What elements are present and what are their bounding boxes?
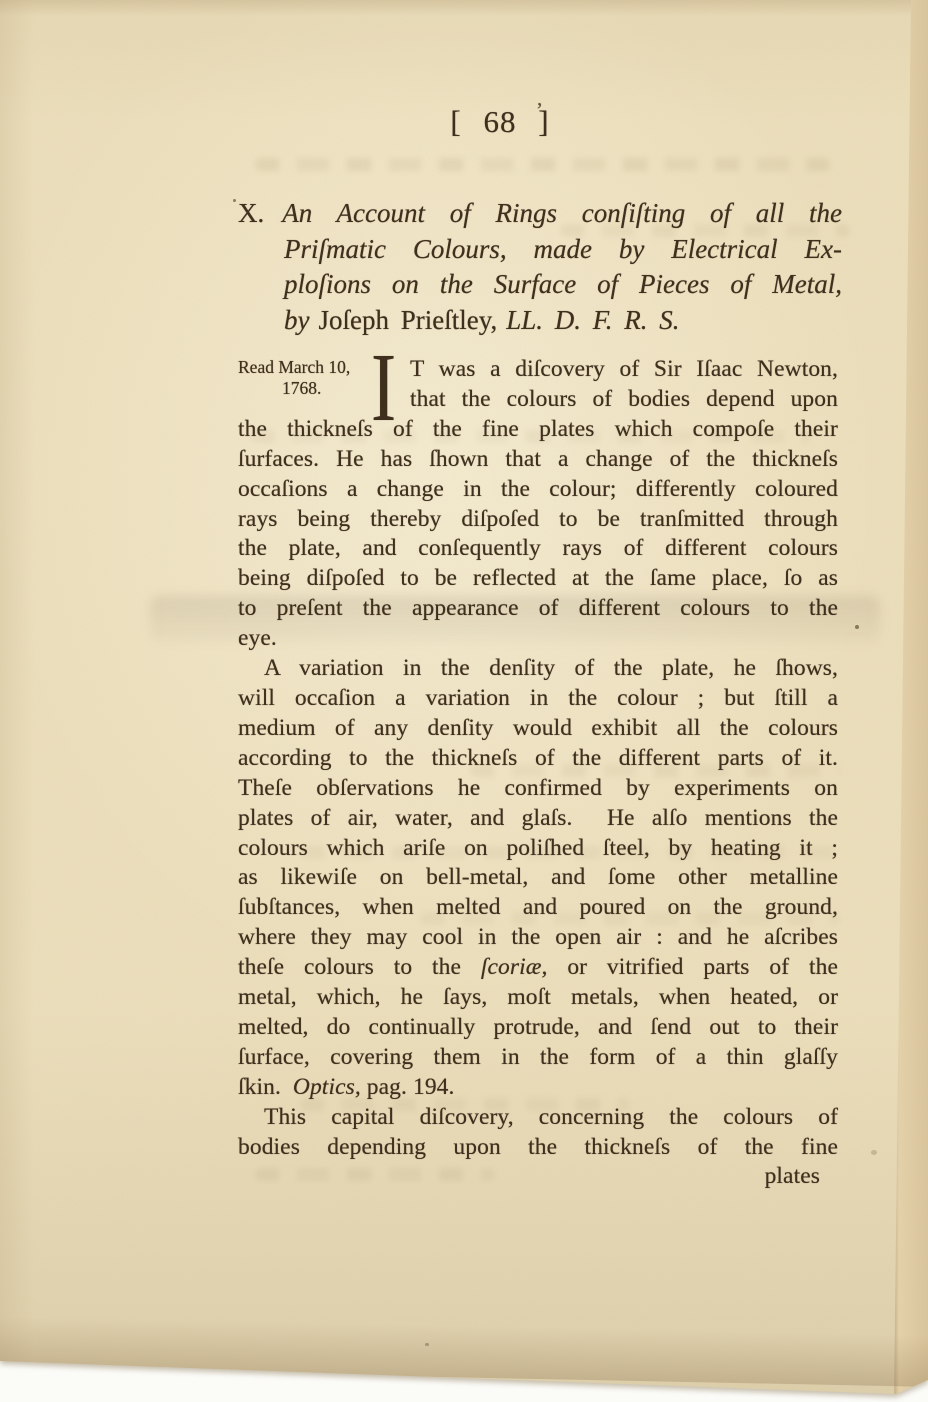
catchword: plates: [238, 1162, 838, 1192]
body-line: the thickneſs of the fine plates which c…: [238, 415, 838, 445]
body-line: plates of air, water, and glaſs. He alſo…: [238, 804, 838, 834]
body-line: theſe colours to the ſcoriæ, or vitrifie…: [238, 953, 838, 983]
body-line: occaſions a change in the colour; differ…: [238, 475, 838, 505]
body-line: that the colours of bodies depend upon: [238, 385, 838, 415]
body-text: T was a diſcovery of Sir Iſaac Newton, t…: [238, 355, 838, 1192]
title-by: by: [284, 305, 309, 335]
body-text-segment: theſe colours to the: [238, 954, 481, 980]
page-number: [ 68 ]: [0, 104, 928, 140]
body-line: A variation in the denſity of the plate,…: [238, 654, 838, 684]
body-text-segment: or vitrified parts of the: [548, 954, 839, 980]
body-line: colours which ariſe on poliſhed ſteel, b…: [238, 834, 838, 864]
body-line: ſubſtances, when melted and poured on th…: [238, 893, 838, 923]
body-line: ſkin. Optics, pag. 194.: [238, 1073, 838, 1103]
body-line: metal, which, he ſays, moſt metals, when…: [238, 983, 838, 1013]
body-line: rays being thereby diſpoſed to be tranſm…: [238, 505, 838, 535]
body-line: melted, do continually protrude, and ſen…: [238, 1013, 838, 1043]
body-line: being diſpoſed to be reflected at the ſa…: [238, 564, 838, 594]
title-text: An Account of Rings conſiſting of all th…: [282, 198, 842, 228]
latin-term: ſcoriæ,: [481, 954, 548, 980]
body-line: eye.: [238, 624, 838, 654]
body-line: T was a diſcovery of Sir Iſaac Newton,: [238, 355, 838, 385]
body-line: bodies depending upon the thickneſs of t…: [238, 1133, 838, 1163]
body-line: the plate, and conſequently rays of diff…: [238, 534, 838, 564]
book-reference: Optics,: [293, 1074, 361, 1100]
ink-speck: [871, 1150, 877, 1155]
title-line: ploſions on the Surface of Pieces of Met…: [238, 267, 842, 303]
body-line: to preſent the appearance of different c…: [238, 594, 838, 624]
body-line: Theſe obſervations he confirmed by exper…: [238, 774, 838, 804]
ink-speck: [233, 199, 236, 202]
title-line: byJoſeph Prieſtley,LL. D. F. R. S.: [238, 303, 842, 339]
paper-sheet: [ 68 ] ’ X.An Account of Rings conſiſtin…: [0, 0, 928, 1402]
title-line: X.An Account of Rings conſiſting of all …: [238, 196, 842, 232]
body-line: according to the thickneſs of the differ…: [238, 744, 838, 774]
page-scan: [ 68 ] ’ X.An Account of Rings conſiſtin…: [0, 0, 928, 1402]
title-numeral: X.: [238, 198, 264, 228]
body-line: where they may cool in the open air : an…: [238, 923, 838, 953]
title-line: Priſmatic Colours, made by Electrical Ex…: [238, 232, 842, 268]
body-line: This capital diſcovery, concerning the c…: [238, 1103, 838, 1133]
body-line: as likewiſe on bell-metal, and ſome othe…: [238, 863, 838, 893]
author-honors: LL. D. F. R. S.: [506, 305, 679, 335]
bottom-edge-shade: [0, 1316, 928, 1387]
body-line: ſurfaces. He has ſhown that a change of …: [238, 445, 838, 475]
body-line: ſurface, covering them in the form of a …: [238, 1043, 838, 1073]
corner-mark: ’: [536, 98, 543, 123]
page-edge: [894, 0, 928, 1402]
show-through-smudge: [255, 158, 830, 171]
author-name: Joſeph Prieſtley,: [318, 305, 497, 335]
body-text-segment: pag. 194.: [361, 1074, 455, 1100]
body-line: medium of any denſity would exhibit all …: [238, 714, 838, 744]
body-line: will occaſion a variation in the colour …: [238, 684, 838, 714]
ink-speck: [425, 1343, 429, 1346]
ink-speck: [855, 625, 859, 629]
article-title: X.An Account of Rings conſiſting of all …: [238, 196, 842, 338]
body-text-segment: ſkin.: [238, 1074, 293, 1100]
